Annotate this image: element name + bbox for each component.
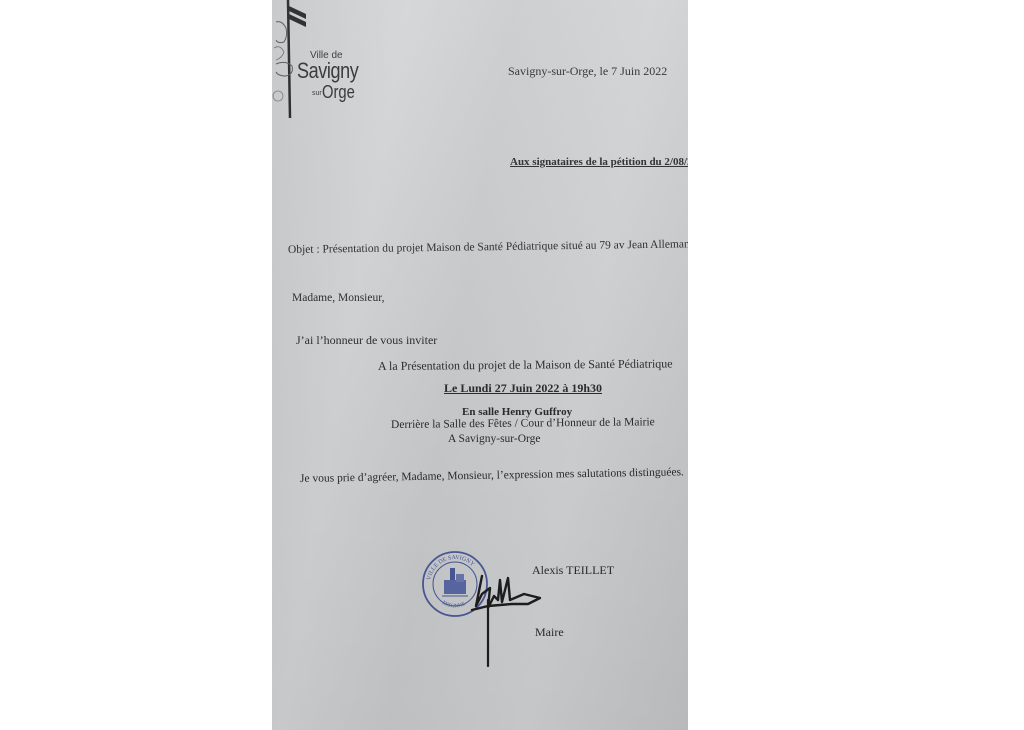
logo-text-sur: sur [312,90,322,97]
letter-page: Ville de Savigny sur Orge Savigny-sur-Or… [272,0,688,730]
letter-recipients: Aux signataires de la pétition du 2/08/2… [510,156,688,168]
letter-closing: Je vous prie d’agréer, Madame, Monsieur,… [300,466,684,485]
event-address-line1: Derrière la Salle des Fêtes / Cour d’Hon… [391,416,655,431]
event-address-line2: A Savigny-sur-Orge [448,433,541,445]
signatory-role: Maire [535,625,564,640]
event-room: En salle Henry Guffroy [462,406,572,418]
letter-date: Savigny-sur-Orge, le 7 Juin 2022 [508,64,667,79]
signature-icon [468,570,548,670]
svg-text:ESSONNE: ESSONNE [441,600,467,610]
logo-text-orge: Orge [322,82,355,103]
logo-text-savigny: Savigny [297,58,358,84]
signatory-name: Alexis TEILLET [532,563,614,578]
event-title: A la Présentation du projet de la Maison… [378,356,673,374]
letter-salutation: Madame, Monsieur, [292,292,384,304]
letter-subject: Objet : Présentation du projet Maison de… [288,238,688,256]
event-datetime: Le Lundi 27 Juin 2022 à 19h30 [444,381,602,396]
letter-invitation: J’ai l’honneur de vous inviter [296,333,437,348]
